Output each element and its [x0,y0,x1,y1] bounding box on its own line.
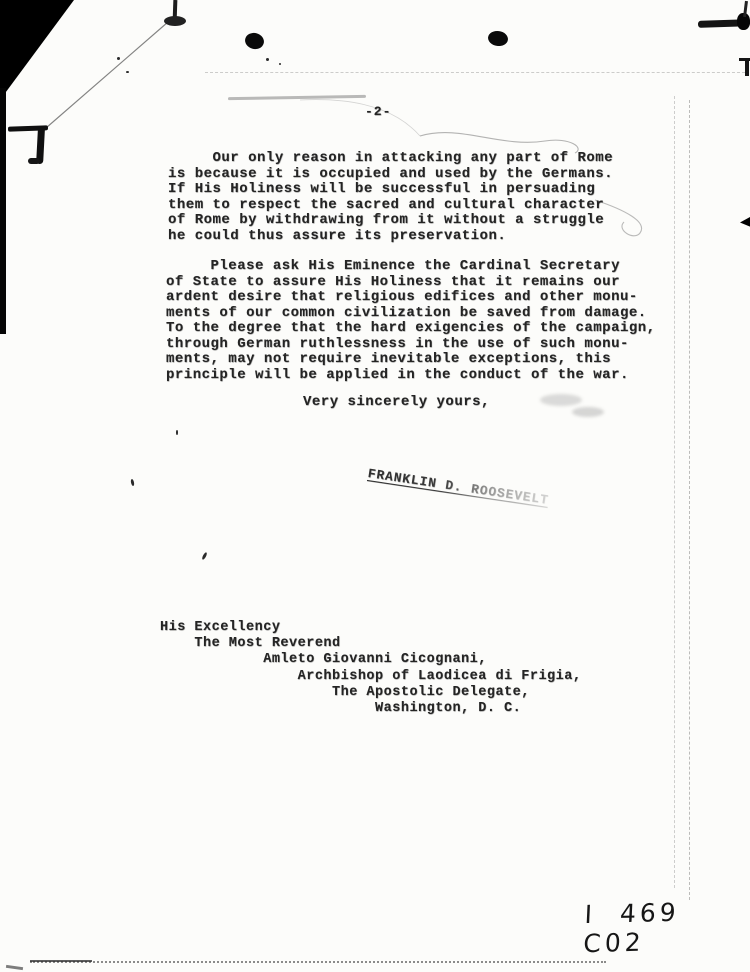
scan-speck [6,965,23,970]
scan-speck [201,552,207,560]
scan-speck [279,63,281,65]
scan-speck [266,58,269,61]
scanned-letter-page: -2- Our only reason in attacking any par… [0,0,750,972]
fold-line [674,96,675,888]
pencil-squiggle-marks [0,0,750,972]
faint-dotted-line [205,72,745,73]
letter-paragraph-2: Please ask His Eminence the Cardinal Sec… [166,259,656,383]
ink-smudge [540,394,582,406]
signature-stamp: FRANKLIN D. ROOSEVELT [367,466,550,508]
right-edge-triangle-mark [740,217,750,228]
recipient-address-block: His Excellency The Most Reverend Amleto … [160,620,581,717]
bottom-dotted-line [30,961,606,963]
punch-hole-mark-left [243,31,265,51]
scan-speck [176,430,178,435]
scan-speck [130,479,134,486]
top-edge-tick-mark [164,16,186,26]
scan-edge-strip [0,88,6,334]
bottom-dotted-line [30,960,92,962]
smudge-streak [228,95,366,100]
right-edge-mark [745,60,749,76]
letter-paragraph-1: Our only reason in attacking any part of… [168,151,613,244]
scan-speck [126,71,129,73]
scan-corner-shadow [0,0,74,100]
scan-speck [117,57,120,60]
ink-smudge [572,407,604,417]
crease-line [0,0,750,972]
corner-bracket-mark [28,158,40,164]
page-number: -2- [365,104,391,120]
closing-salutation: Very sincerely yours, [303,395,490,411]
archive-code-handwritten: I 469 C02 [583,896,750,958]
fold-line [689,100,690,900]
punch-hole-mark-right [487,30,509,48]
